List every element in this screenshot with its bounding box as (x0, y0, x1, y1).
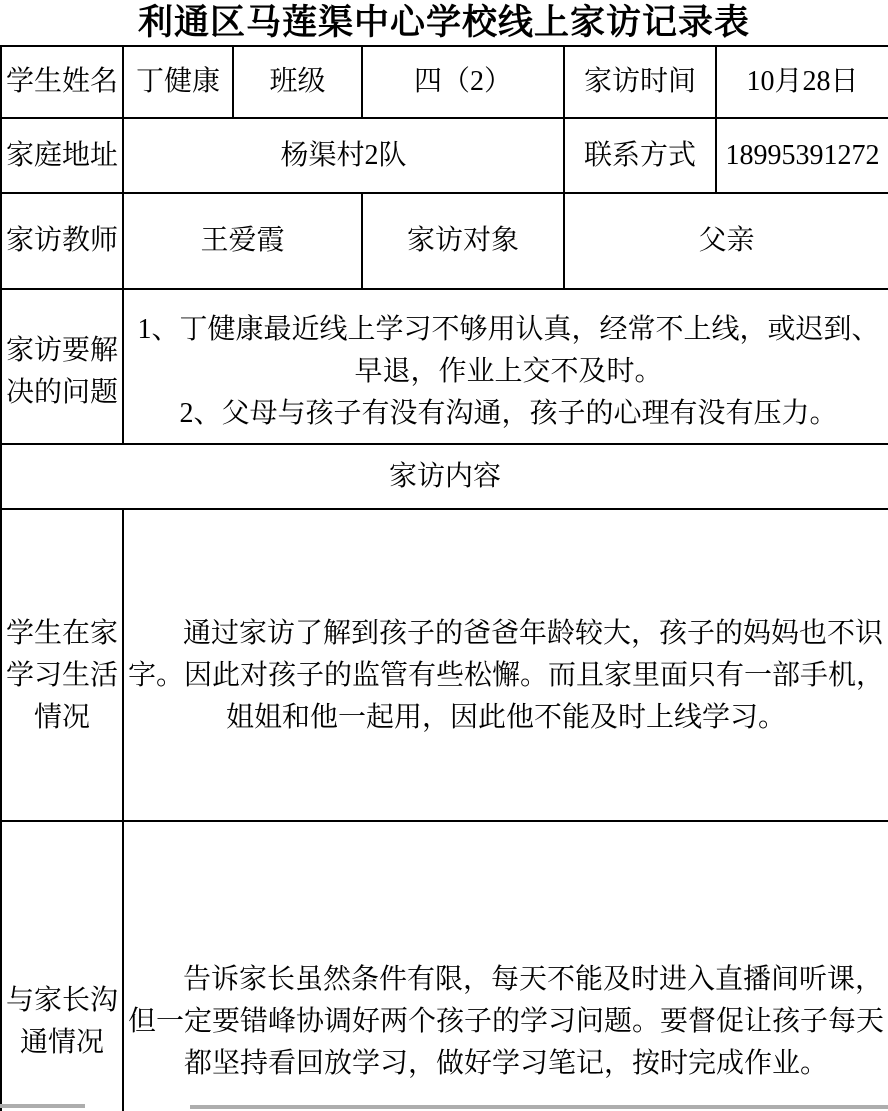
row-parent-communication: 与家长沟 通情况 告诉家长虽然条件有限，每天不能及时进入直播间听课， 但一定要错… (1, 821, 888, 1111)
problems-content: 1、丁健康最近线上学习不够用认真，经常不上线，或迟到、 早退，作业上交不及时。 … (123, 289, 888, 444)
row-teacher-target: 家访教师 王爱霞 家访对象 父亲 (1, 193, 888, 289)
visit-content-header: 家访内容 (1, 444, 888, 509)
page-title: 利通区马莲渠中心学校线上家访记录表 (0, 0, 888, 45)
problems-label: 家访要解 决的问题 (1, 289, 123, 444)
cropped-next-row-border-right (190, 1105, 888, 1109)
class-value: 四（2） (362, 46, 564, 118)
visit-time-value: 10月28日 (716, 46, 888, 118)
teacher-value: 王爱霞 (123, 193, 362, 289)
student-name-value: 丁健康 (123, 46, 233, 118)
row-visit-content-header: 家访内容 (1, 444, 888, 509)
teacher-label: 家访教师 (1, 193, 123, 289)
visit-target-value: 父亲 (564, 193, 888, 289)
row-problems: 家访要解 决的问题 1、丁健康最近线上学习不够用认真，经常不上线，或迟到、 早退… (1, 289, 888, 444)
student-name-label: 学生姓名 (1, 46, 123, 118)
class-label: 班级 (233, 46, 362, 118)
row-student-info: 学生姓名 丁健康 班级 四（2） 家访时间 10月28日 (1, 46, 888, 118)
visit-time-label: 家访时间 (564, 46, 716, 118)
cropped-next-row-border-left (0, 1104, 85, 1108)
contact-value: 18995391272 (716, 118, 888, 193)
home-address-label: 家庭地址 (1, 118, 123, 193)
parent-comm-label: 与家长沟 通情况 (1, 821, 123, 1111)
home-visit-record-document: 利通区马莲渠中心学校线上家访记录表 学生姓名 丁健康 班级 四（2） 家访时间 … (0, 0, 888, 1111)
home-address-value: 杨渠村2队 (123, 118, 564, 193)
record-table: 学生姓名 丁健康 班级 四（2） 家访时间 10月28日 家庭地址 杨渠村2队 … (0, 45, 888, 1111)
contact-label: 联系方式 (564, 118, 716, 193)
home-study-label: 学生在家 学习生活 情况 (1, 509, 123, 821)
home-study-content: 通过家访了解到孩子的爸爸年龄较大，孩子的妈妈也不识 字。因此对孩子的监管有些松懈… (123, 509, 888, 821)
parent-comm-content: 告诉家长虽然条件有限，每天不能及时进入直播间听课， 但一定要错峰协调好两个孩子的… (123, 821, 888, 1111)
visit-target-label: 家访对象 (362, 193, 564, 289)
row-home-study: 学生在家 学习生活 情况 通过家访了解到孩子的爸爸年龄较大，孩子的妈妈也不识 字… (1, 509, 888, 821)
row-address-contact: 家庭地址 杨渠村2队 联系方式 18995391272 (1, 118, 888, 193)
